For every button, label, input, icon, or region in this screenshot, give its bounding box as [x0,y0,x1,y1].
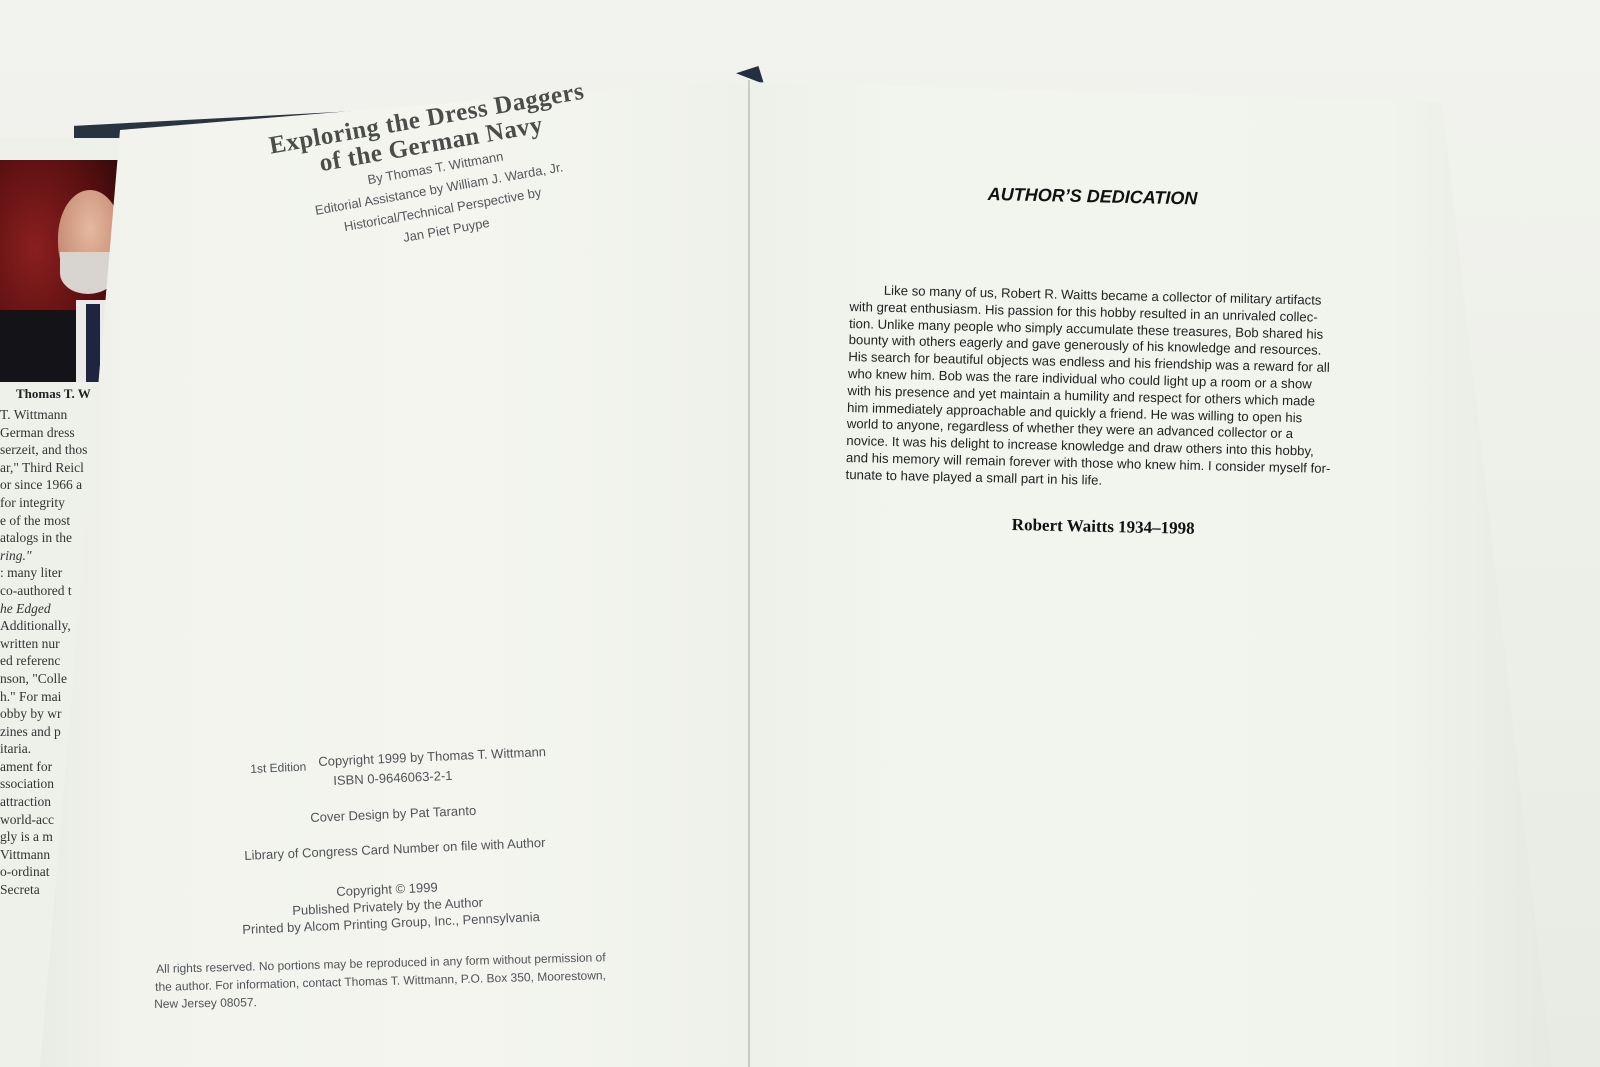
bio-line: T. Wittmann [0,406,90,424]
bio-line: : many liter [0,564,90,582]
dedication-text: Like so many of us, Robert R. Waitts bec… [845,282,1371,495]
author-photo-tie [86,304,100,382]
edition-label: 1st Edition [250,760,307,776]
author-photo [0,160,118,382]
bio-line: German dress [0,424,90,442]
author-photo-caption: Thomas T. W [16,386,91,402]
dedication-page [752,82,1552,1067]
rights-line-3: New Jersey 08057. [154,995,257,1011]
bio-line: Additionally, [0,617,90,635]
dedication-heading: AUTHOR’S DEDICATION [988,184,1198,209]
bio-line: he Edged [0,600,90,618]
bio-line: for integrity [0,494,90,512]
bio-line: ar," Third Reicl [0,459,90,477]
bio-line: ring." [0,547,90,565]
bio-line: serzeit, and thos [0,441,90,459]
bio-line: or since 1966 a [0,476,90,494]
dedication-signature: Robert Waitts 1934–1998 [1012,515,1195,539]
book-gutter [748,80,750,1067]
bio-line: co-authored t [0,582,90,600]
bio-line: atalogs in the [0,529,90,547]
bio-line: e of the most [0,512,90,530]
